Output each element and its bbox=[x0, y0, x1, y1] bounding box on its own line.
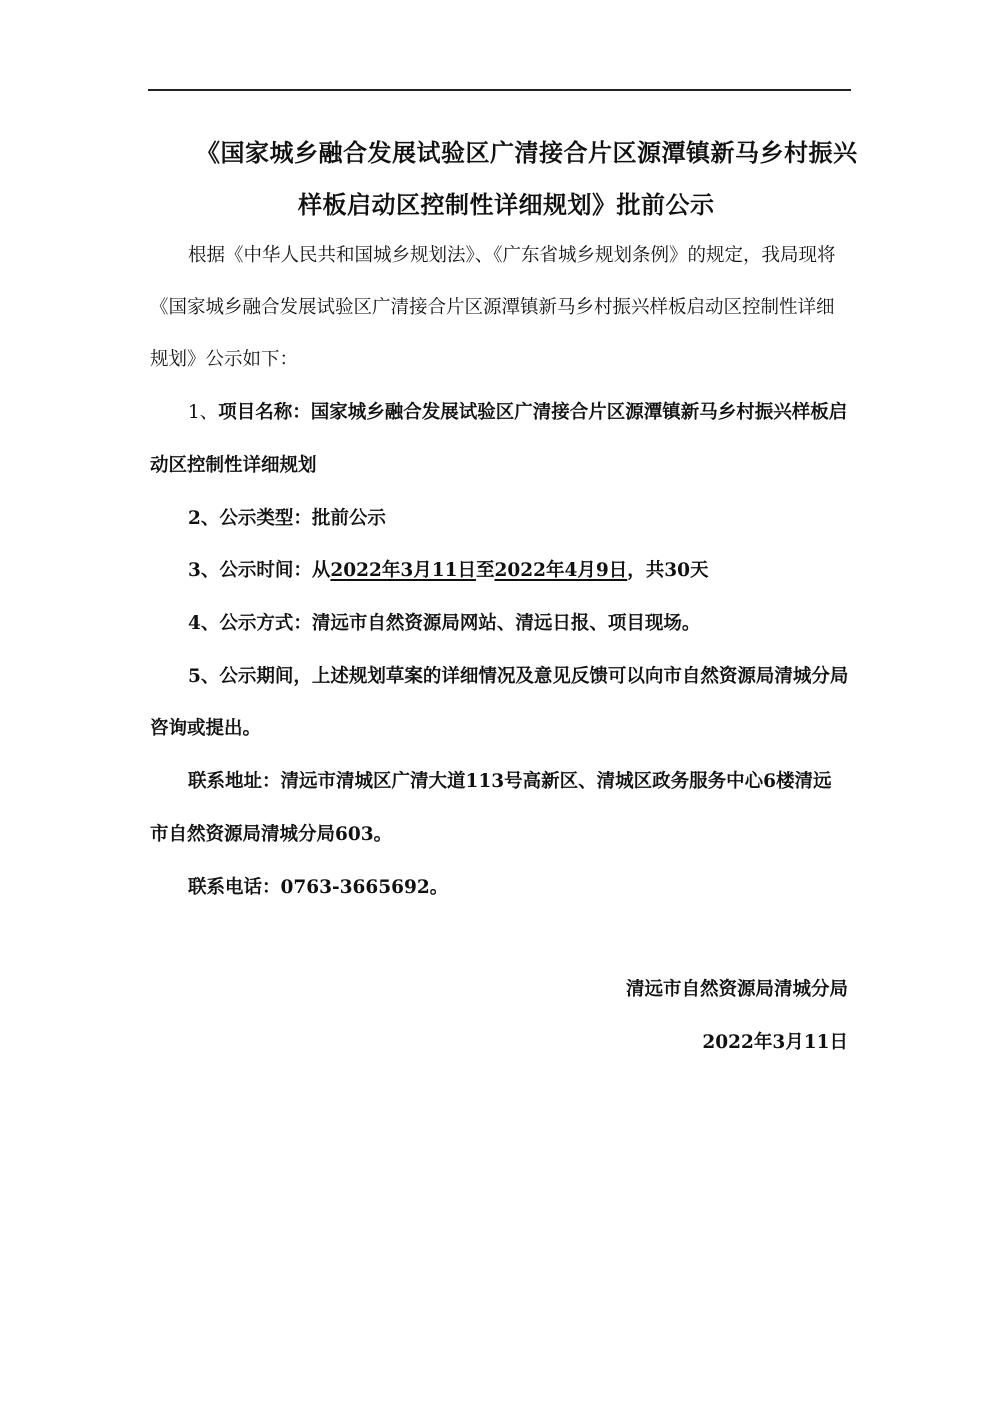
item-3-start-date: 2022年3月11日 bbox=[330, 560, 476, 581]
contact-phone-number: 0763-3665692。 bbox=[281, 877, 449, 898]
item-4-prefix: 4、 bbox=[188, 613, 219, 634]
document-title-line-2: 样板启动区控制性详细规划》批前公示 bbox=[298, 185, 715, 220]
item-1-prefix: 1、 bbox=[188, 402, 218, 423]
item-1-label: 项目名称： bbox=[218, 402, 311, 423]
item-1-project-name: 1、项目名称：国家城乡融合发展试验区广清接合片区源潭镇新马乡村振兴样板启 bbox=[188, 398, 847, 424]
document-title-line-1: 《国家城乡融合发展试验区广清接合片区源潭镇新马乡村振兴 bbox=[196, 133, 858, 168]
item-4-notice-method: 4、公示方式：清远市自然资源局网站、清远日报、项目现场。 bbox=[188, 609, 700, 635]
item-1-value-line-1: 国家城乡融合发展试验区广清接合片区源潭镇新马乡村振兴样板启 bbox=[311, 402, 848, 423]
item-1-value-line-2: 动区控制性详细规划 bbox=[150, 451, 317, 477]
item-3-from-word: 从 bbox=[312, 560, 331, 581]
item-3-prefix: 3、 bbox=[188, 560, 219, 581]
item-3-end-date: 2022年4月9日 bbox=[495, 560, 628, 581]
contact-address: 联系地址：清远市清城区广清大道113号高新区、清城区政务服务中心6楼清远 bbox=[188, 767, 832, 793]
contact-address-label: 联系地址： bbox=[188, 771, 281, 792]
contact-address-line-2: 市自然资源局清城分局603。 bbox=[150, 820, 392, 846]
contact-address-line-1: 清远市清城区广清大道113号高新区、清城区政务服务中心6楼清远 bbox=[281, 771, 832, 792]
header-rule-divider bbox=[148, 89, 851, 91]
item-5-value-line-1: 公示期间，上述规划草案的详细情况及意见反馈可以向市自然资源局清城分局 bbox=[219, 666, 848, 687]
item-3-duration: ，共30天 bbox=[627, 560, 708, 581]
item-3-notice-period: 3、公示时间：从2022年3月11日至2022年4月9日，共30天 bbox=[188, 556, 709, 582]
intro-paragraph-line-3: 规划》公示如下： bbox=[150, 345, 298, 371]
item-5-value-line-2: 咨询或提出。 bbox=[150, 714, 261, 740]
signature-organization: 清远市自然资源局清城分局 bbox=[626, 975, 848, 1001]
item-2-prefix: 2、 bbox=[188, 508, 219, 529]
item-2-notice-type: 2、公示类型：批前公示 bbox=[188, 504, 386, 530]
contact-phone: 联系电话：0763-3665692。 bbox=[188, 873, 448, 899]
item-2-label: 公示类型： bbox=[219, 508, 312, 529]
item-5-feedback: 5、公示期间，上述规划草案的详细情况及意见反馈可以向市自然资源局清城分局 bbox=[188, 662, 848, 688]
item-4-value: 清远市自然资源局网站、清远日报、项目现场。 bbox=[312, 613, 701, 634]
item-5-prefix: 5、 bbox=[188, 666, 219, 687]
item-3-label: 公示时间： bbox=[219, 560, 312, 581]
contact-phone-label: 联系电话： bbox=[188, 877, 281, 898]
signature-date: 2022年3月11日 bbox=[702, 1028, 848, 1054]
item-2-value: 批前公示 bbox=[312, 508, 386, 529]
intro-paragraph-line-2: 《国家城乡融合发展试验区广清接合片区源潭镇新马乡村振兴样板启动区控制性详细 bbox=[150, 293, 835, 319]
intro-paragraph-line-1: 根据《中华人民共和国城乡规划法》、《广东省城乡规划条例》的规定，我局现将 bbox=[188, 241, 836, 267]
item-3-to-word: 至 bbox=[476, 560, 495, 581]
item-4-label: 公示方式： bbox=[219, 613, 312, 634]
